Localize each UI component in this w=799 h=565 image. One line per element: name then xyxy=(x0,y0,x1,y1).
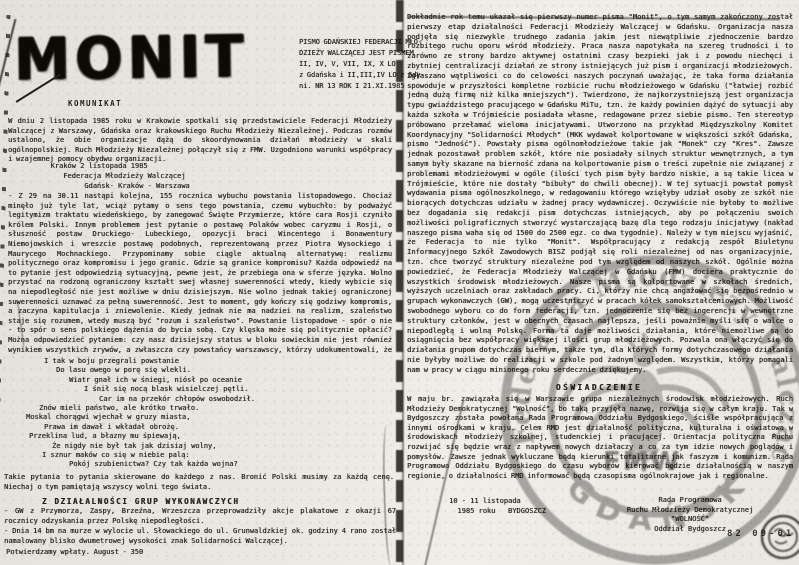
poem-line: I śnił się nocą blask wisielczej pętli. xyxy=(84,385,384,394)
dateline-place-date: Kraków 2 listopada 1985 xyxy=(0,162,399,172)
signature-org-line: Rada Programowa xyxy=(595,496,785,506)
signature-date-line: 10 - 11 listopada xyxy=(449,496,619,506)
page-right: Dokładnie rok temu ukazał się pierwszy n… xyxy=(399,0,799,565)
poem-line: Że nigdy nie był tak jak dzisiaj wolny, xyxy=(52,442,384,451)
section-heading-activities: Z DZIAŁALNOŚCI GRUP WYKONAWCZYCH xyxy=(42,497,240,506)
poem-line: Moskal chorągwi wjechał w gruzy miasta, xyxy=(26,413,384,422)
dateline-cities: Gdańsk- Kraków - Warszawa xyxy=(0,182,399,192)
poem-line: Do lasu owego w porę się wlekli. xyxy=(56,366,384,375)
communique-label: KOMUNIKAT xyxy=(68,99,122,108)
activity-item: - Dnia 14 bm na murze w wylocie ul. Słow… xyxy=(4,527,396,546)
signature-date-place: 10 - 11 listopada 1985 roku BYDGOSZCZ xyxy=(449,496,619,516)
page-gutter-line xyxy=(402,0,404,565)
poem-line: Prawa im dawał i wkładał obrożę. xyxy=(44,423,384,432)
statement-paragraph: W maju br. zawiązała się w Warszawie gru… xyxy=(407,395,793,492)
poem-line: Pokój szubienictwa? Czy tak każda wojna? xyxy=(69,460,384,469)
masthead-logo: MONIT xyxy=(14,23,265,94)
signature-org-line: "WOLNOŚĆ" xyxy=(595,515,785,525)
dateline-block: Kraków 2 listopada 1985 Federacja Młodzi… xyxy=(0,162,399,191)
poem-line: Car im na przekór chłopów oswobodził. xyxy=(99,395,384,404)
scanned-document: MONIT KOMUNIKAT PISMO GDAŃSKIEJ FEDERACJ… xyxy=(0,0,799,565)
activities-list: - GW z Przymorza, Zaspy, Brzeźna, Wrzesz… xyxy=(4,507,396,547)
page-left: MONIT KOMUNIKAT PISMO GDAŃSKIEJ FEDERACJ… xyxy=(0,0,399,565)
activity-item: - GW z Przymorza, Zaspy, Brzeźna, Wrzesz… xyxy=(4,507,396,526)
archive-number: 82 09-01 xyxy=(727,529,794,539)
poem-block: I tak w boju przegrali powstanie Do lasu… xyxy=(14,357,384,470)
signature-org-line: Ruchu Młodzieży Demokratycznej xyxy=(595,506,785,516)
poem-line: Znów mieli państwo, ale krótko trwało. xyxy=(39,404,384,413)
poem-line: Przeklina lud, a błazny mu śpiewają, xyxy=(29,432,384,441)
poem-line: Wiatr gnał ich w śniegi, niósł po oceani… xyxy=(69,376,384,385)
closing-paragraph: Takie pytania to pytania skierowane do k… xyxy=(4,473,394,492)
payments-confirmation: Potwierdzamy wpłaty. August - 350 xyxy=(6,548,306,558)
dateline-organization: Federacja Młodzieży Walczącej xyxy=(0,172,399,182)
communique-paragraph: W dniu 2 listopada 1985 roku w Krakowie … xyxy=(8,117,392,165)
poem-line: I tak w boju przegrali powstanie xyxy=(44,357,384,366)
editorial-body: Dokładnie rok temu ukazał się pierwszy n… xyxy=(407,12,793,380)
uprising-article: - Z 29 na 30.11 nastąpi kolejna, 155 roc… xyxy=(8,192,392,354)
signature-date-line: 1985 roku BYDGOSZCZ xyxy=(449,506,619,516)
statement-heading: OŚWIADCZENIE xyxy=(399,383,799,392)
